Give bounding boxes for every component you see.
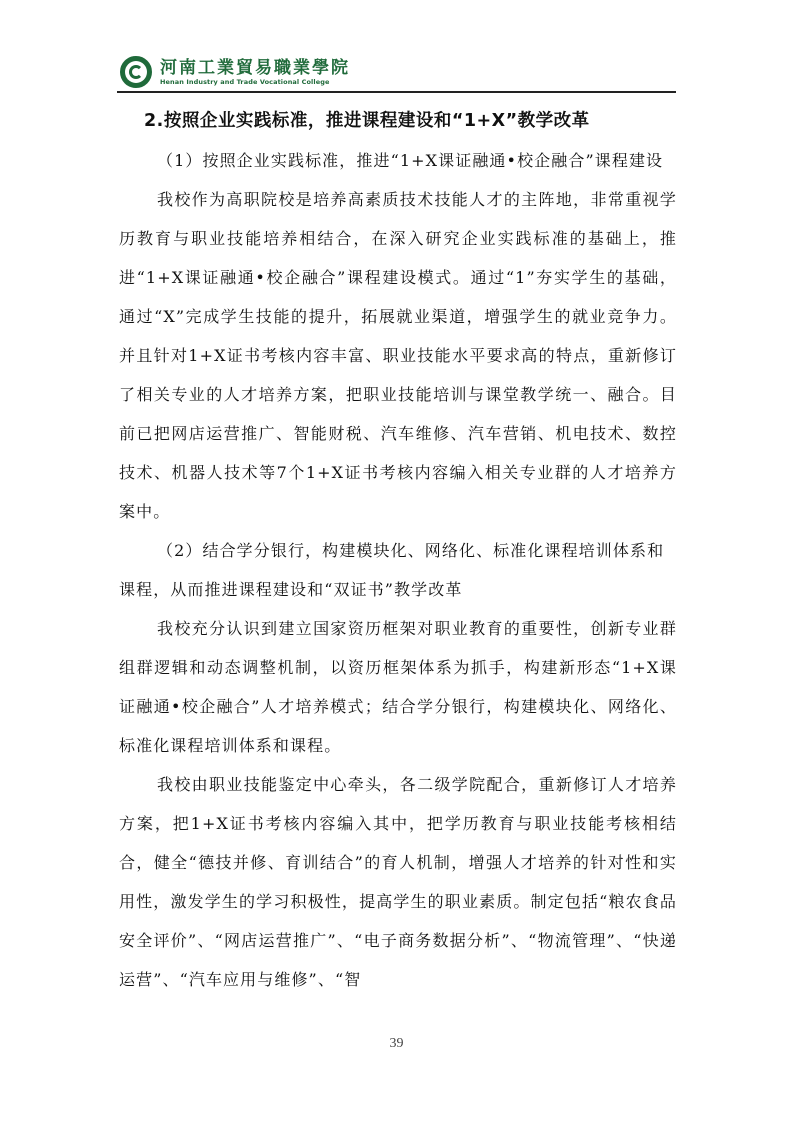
section-title: 2.按照企业实践标准，推进课程建设和“1+X”教学改革 <box>119 106 677 136</box>
paragraph-1: 我校作为高职院校是培养高素质技术技能人才的主阵地，非常重视学历教育与职业技能培养… <box>119 180 677 531</box>
subsection-heading-2: （2）结合学分银行，构建模块化、网络化、标准化课程培训体系和课程，从而推进课程建… <box>119 531 677 609</box>
paragraph-3: 我校由职业技能鉴定中心牵头，各二级学院配合，重新修订人才培养方案，把1+X证书考… <box>119 765 677 999</box>
header-rule-divider <box>117 91 676 93</box>
paragraph-2: 我校充分认识到建立国家资历框架对职业教育的重要性，创新专业群组群逻辑和动态调整机… <box>119 609 677 765</box>
college-name-en: Henan Industry and Trade Vocational Coll… <box>160 78 350 87</box>
document-header: 河南工業貿易職業學院 Henan Industry and Trade Voca… <box>120 56 350 88</box>
college-emblem-icon <box>120 56 152 88</box>
college-name-cn: 河南工業貿易職業學院 <box>160 58 350 78</box>
document-body: 2.按照企业实践标准，推进课程建设和“1+X”教学改革 （1）按照企业实践标准，… <box>119 106 677 999</box>
page-number: 39 <box>0 1036 793 1052</box>
college-name-block: 河南工業貿易職業學院 Henan Industry and Trade Voca… <box>160 58 350 87</box>
subsection-heading-1: （1）按照企业实践标准，推进“1+X课证融通•校企融合”课程建设 <box>119 141 677 180</box>
